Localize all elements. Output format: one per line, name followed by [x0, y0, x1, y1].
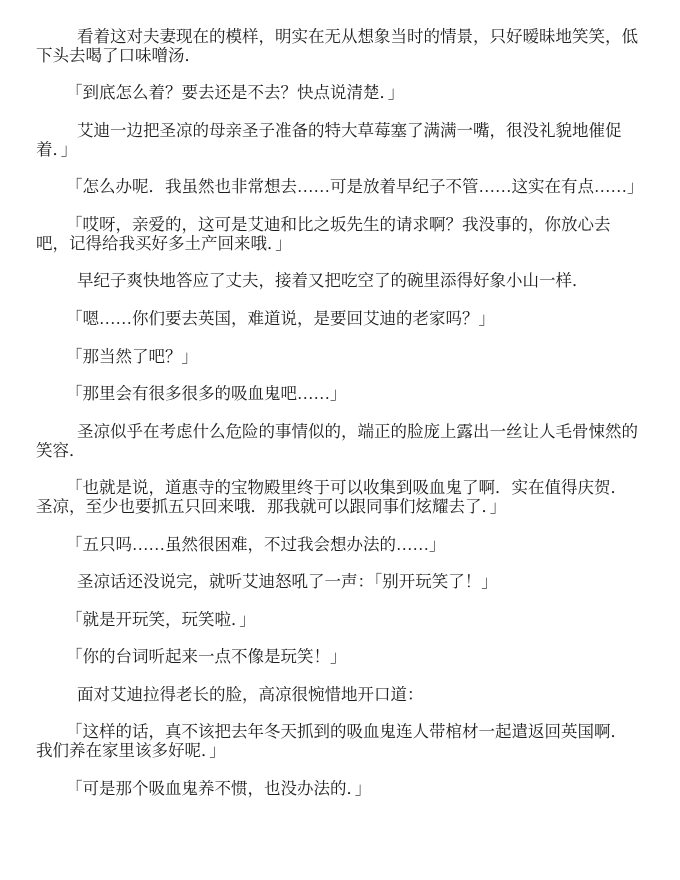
paragraph: 「就是开玩笑，玩笑啦．」	[36, 611, 642, 630]
paragraph: 「那里会有很多很多的吸血鬼吧……」	[36, 385, 642, 404]
text-content: 看着这对夫妻现在的模样，明实在无从想象当时的情景，只好暧昧地笑笑，低下头去喝了口…	[36, 28, 642, 799]
paragraph: 艾迪一边把圣凉的母亲圣子准备的特大草莓塞了满满一嘴，很没礼貌地催促着．」	[36, 122, 642, 160]
paragraph: 面对艾迪拉得老长的脸，高凉很惋惜地开口道：	[36, 686, 642, 705]
paragraph: 「到底怎么着？要去还是不去？快点说清楚．」	[36, 84, 642, 103]
paragraph: 圣凉似乎在考虑什么危险的事情似的，端正的脸庞上露出一丝让人毛骨悚然的笑容．	[36, 423, 642, 461]
paragraph: 「怎么办呢．我虽然也非常想去……可是放着早纪子不管……这实在有点……」	[36, 178, 642, 197]
paragraph: 「可是那个吸血鬼养不惯，也没办法的．」	[36, 780, 642, 799]
novel-text-page: 看着这对夫妻现在的模样，明实在无从想象当时的情景，只好暧昧地笑笑，低下头去喝了口…	[0, 0, 680, 880]
paragraph: 「那当然了吧？」	[36, 348, 642, 367]
paragraph: 「你的台词听起来一点不像是玩笑！」	[36, 648, 642, 667]
paragraph: 「这样的话，真不该把去年冬天抓到的吸血鬼连人带棺材一起遣返回英国啊．我们养在家里…	[36, 723, 642, 761]
paragraph: 圣凉话还没说完，就听艾迪怒吼了一声：「别开玩笑了！」	[36, 573, 642, 592]
paragraph: 看着这对夫妻现在的模样，明实在无从想象当时的情景，只好暧昧地笑笑，低下头去喝了口…	[36, 28, 642, 66]
paragraph: 「五只吗……虽然很困难，不过我会想办法的……」	[36, 536, 642, 555]
paragraph: 早纪子爽快地答应了丈夫，接着又把吃空了的碗里添得好象小山一样．	[36, 272, 642, 291]
paragraph: 「哎呀，亲爱的，这可是艾迪和比之坂先生的请求啊？我没事的，你放心去吧，记得给我买…	[36, 216, 642, 254]
paragraph: 「也就是说，道惠寺的宝物殿里终于可以收集到吸血鬼了啊．实在值得庆贺．圣凉，至少也…	[36, 479, 642, 517]
paragraph: 「嗯……你们要去英国，难道说，是要回艾迪的老家吗？」	[36, 310, 642, 329]
